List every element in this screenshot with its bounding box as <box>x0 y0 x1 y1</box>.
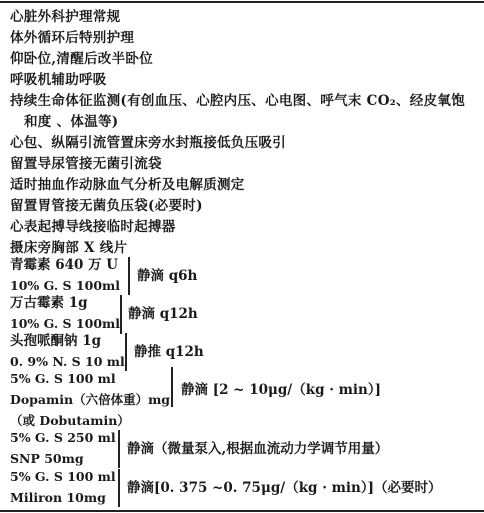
medication-route: 静滴 q12h <box>128 305 198 323</box>
bracket-divider <box>171 367 173 407</box>
bracket-divider <box>128 257 130 295</box>
medication-component: SNP 50mg <box>10 451 84 467</box>
medication-component: （或 Dobutamin） <box>10 413 130 429</box>
order-line: 摄床旁胸部 X 线片 <box>10 239 127 257</box>
order-line: 心脏外科护理常规 <box>10 8 120 26</box>
order-line: 体外循环后特别护理 <box>10 29 134 47</box>
bracket-divider <box>118 430 120 468</box>
order-line-continued: 和度 、体温等) <box>24 113 119 131</box>
bottom-rule <box>0 510 484 512</box>
order-line: 仰卧位,清醒后改半卧位 <box>10 50 153 68</box>
medication-route: 静推 q12h <box>134 343 204 361</box>
order-line: 持续生命体征监测(有创血压、心腔内压、心电图、呼气末 CO₂、经皮氧饱 <box>10 92 465 110</box>
order-line: 留置导尿管接无菌引流袋 <box>10 155 162 173</box>
medication-component: 10% G. S 100ml <box>10 316 120 332</box>
medication-component: Dopamin（六倍体重）mg <box>10 392 170 408</box>
medication-component: 5% G. S 100 ml <box>10 371 116 387</box>
medication-component: 5% G. S 100 ml <box>10 469 116 485</box>
order-line: 适时抽血作动脉血气分析及电解质测定 <box>10 176 245 194</box>
bracket-divider <box>120 295 122 334</box>
bracket-divider <box>125 333 127 371</box>
order-line: 留置胃管接无菌负压袋(必要时) <box>10 197 203 215</box>
medication-route: 静滴 [2 ~ 10μg/（kg · min）] <box>181 381 381 399</box>
order-line: 心表起搏导线接临时起搏器 <box>10 218 176 236</box>
medication-route: 静滴 q6h <box>137 267 197 285</box>
medication-component: Miliron 10mg <box>10 490 106 506</box>
medication-component: 青霉素 640 万 U <box>10 257 118 273</box>
order-line: 心包、纵隔引流管置床旁水封瓶接低负压吸引 <box>10 134 286 152</box>
medication-component: 万古霉素 1g <box>10 295 88 311</box>
medication-component: 0. 9% N. S 10 ml <box>10 354 125 370</box>
top-rule <box>0 1 484 3</box>
medication-component: 5% G. S 250 ml <box>10 430 116 446</box>
medication-component: 10% G. S 100ml <box>10 278 120 294</box>
order-line: 呼吸机辅助呼吸 <box>10 71 107 89</box>
medication-route: 静滴[0. 375 ~0. 75μg/（kg · min）]（必要时） <box>127 479 441 497</box>
medication-component: 头孢哌酮钠 1g <box>10 333 101 349</box>
medication-route: 静滴（微量泵入,根据血流动力学调节用量） <box>127 440 388 458</box>
bracket-divider <box>118 469 120 507</box>
